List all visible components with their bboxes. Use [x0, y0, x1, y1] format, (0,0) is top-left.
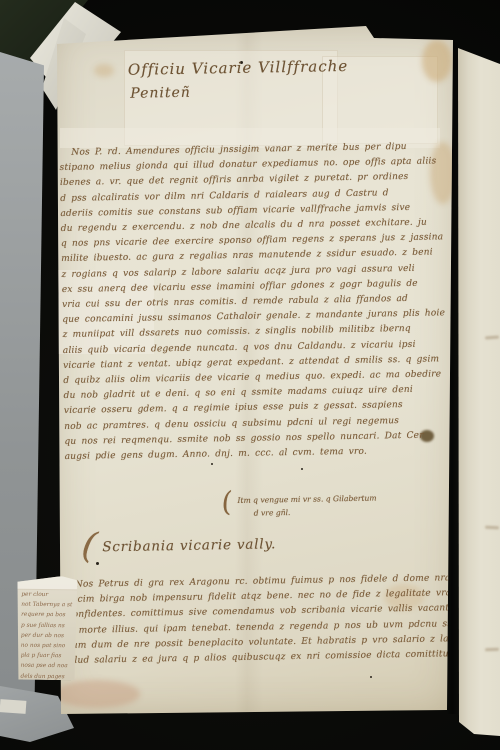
section-heading: Scribania vicarie vally. [102, 536, 276, 555]
slip-line: nosa pse ad noa [21, 661, 72, 672]
second-charter-text: Nos Petrus di gra rex Aragonu rc. obtimu… [67, 571, 461, 669]
show-through-mark [485, 648, 499, 651]
slip-line: requere pa bos [21, 610, 72, 621]
archival-slip: per clournot Tabernya a strequere pa bos… [16, 576, 77, 681]
marginal-note: Itm q vengue mi vr ss. q Gilabertum d vr… [237, 493, 377, 520]
charter-text: Nos P. rd. Amendures officiu jnssigim va… [59, 139, 457, 465]
slip-line: per dur ab nos [21, 631, 72, 642]
show-through-mark [485, 336, 499, 340]
heading-title: Officiu Vicarie Villffrache [128, 57, 349, 79]
slip-line: not Tabernya a st [21, 600, 72, 611]
slip-line: p sue fallias ns [21, 620, 72, 631]
manuscript-page: Officiu Vicarie Villffrache Peniteñ Nos … [54, 24, 456, 718]
slip-text: per clournot Tabernya a strequere pa bos… [20, 590, 72, 681]
handwriting-layer: Officiu Vicarie Villffrache Peniteñ Nos … [49, 19, 463, 720]
marginal-note-line: Itm q vengue mi vr ss. q Gilabertum [237, 493, 376, 508]
slip-line: pla p fuar fias [21, 651, 72, 662]
note-bracket: ( [220, 487, 234, 519]
next-page [452, 36, 500, 742]
show-through-mark [485, 526, 499, 530]
slip-line: no nos pat sino [21, 641, 72, 652]
page-edge-sliver [0, 699, 26, 714]
manuscript-book-photo: Officiu Vicarie Villffrache Peniteñ Nos … [0, 0, 500, 750]
slip-line: per clour [21, 590, 72, 601]
heading-subtitle: Peniteñ [130, 85, 191, 102]
marginal-note-line: d vre gñl. [238, 505, 377, 520]
slip-line: dels dun pages [20, 671, 71, 680]
section-bracket: ( [79, 525, 99, 568]
